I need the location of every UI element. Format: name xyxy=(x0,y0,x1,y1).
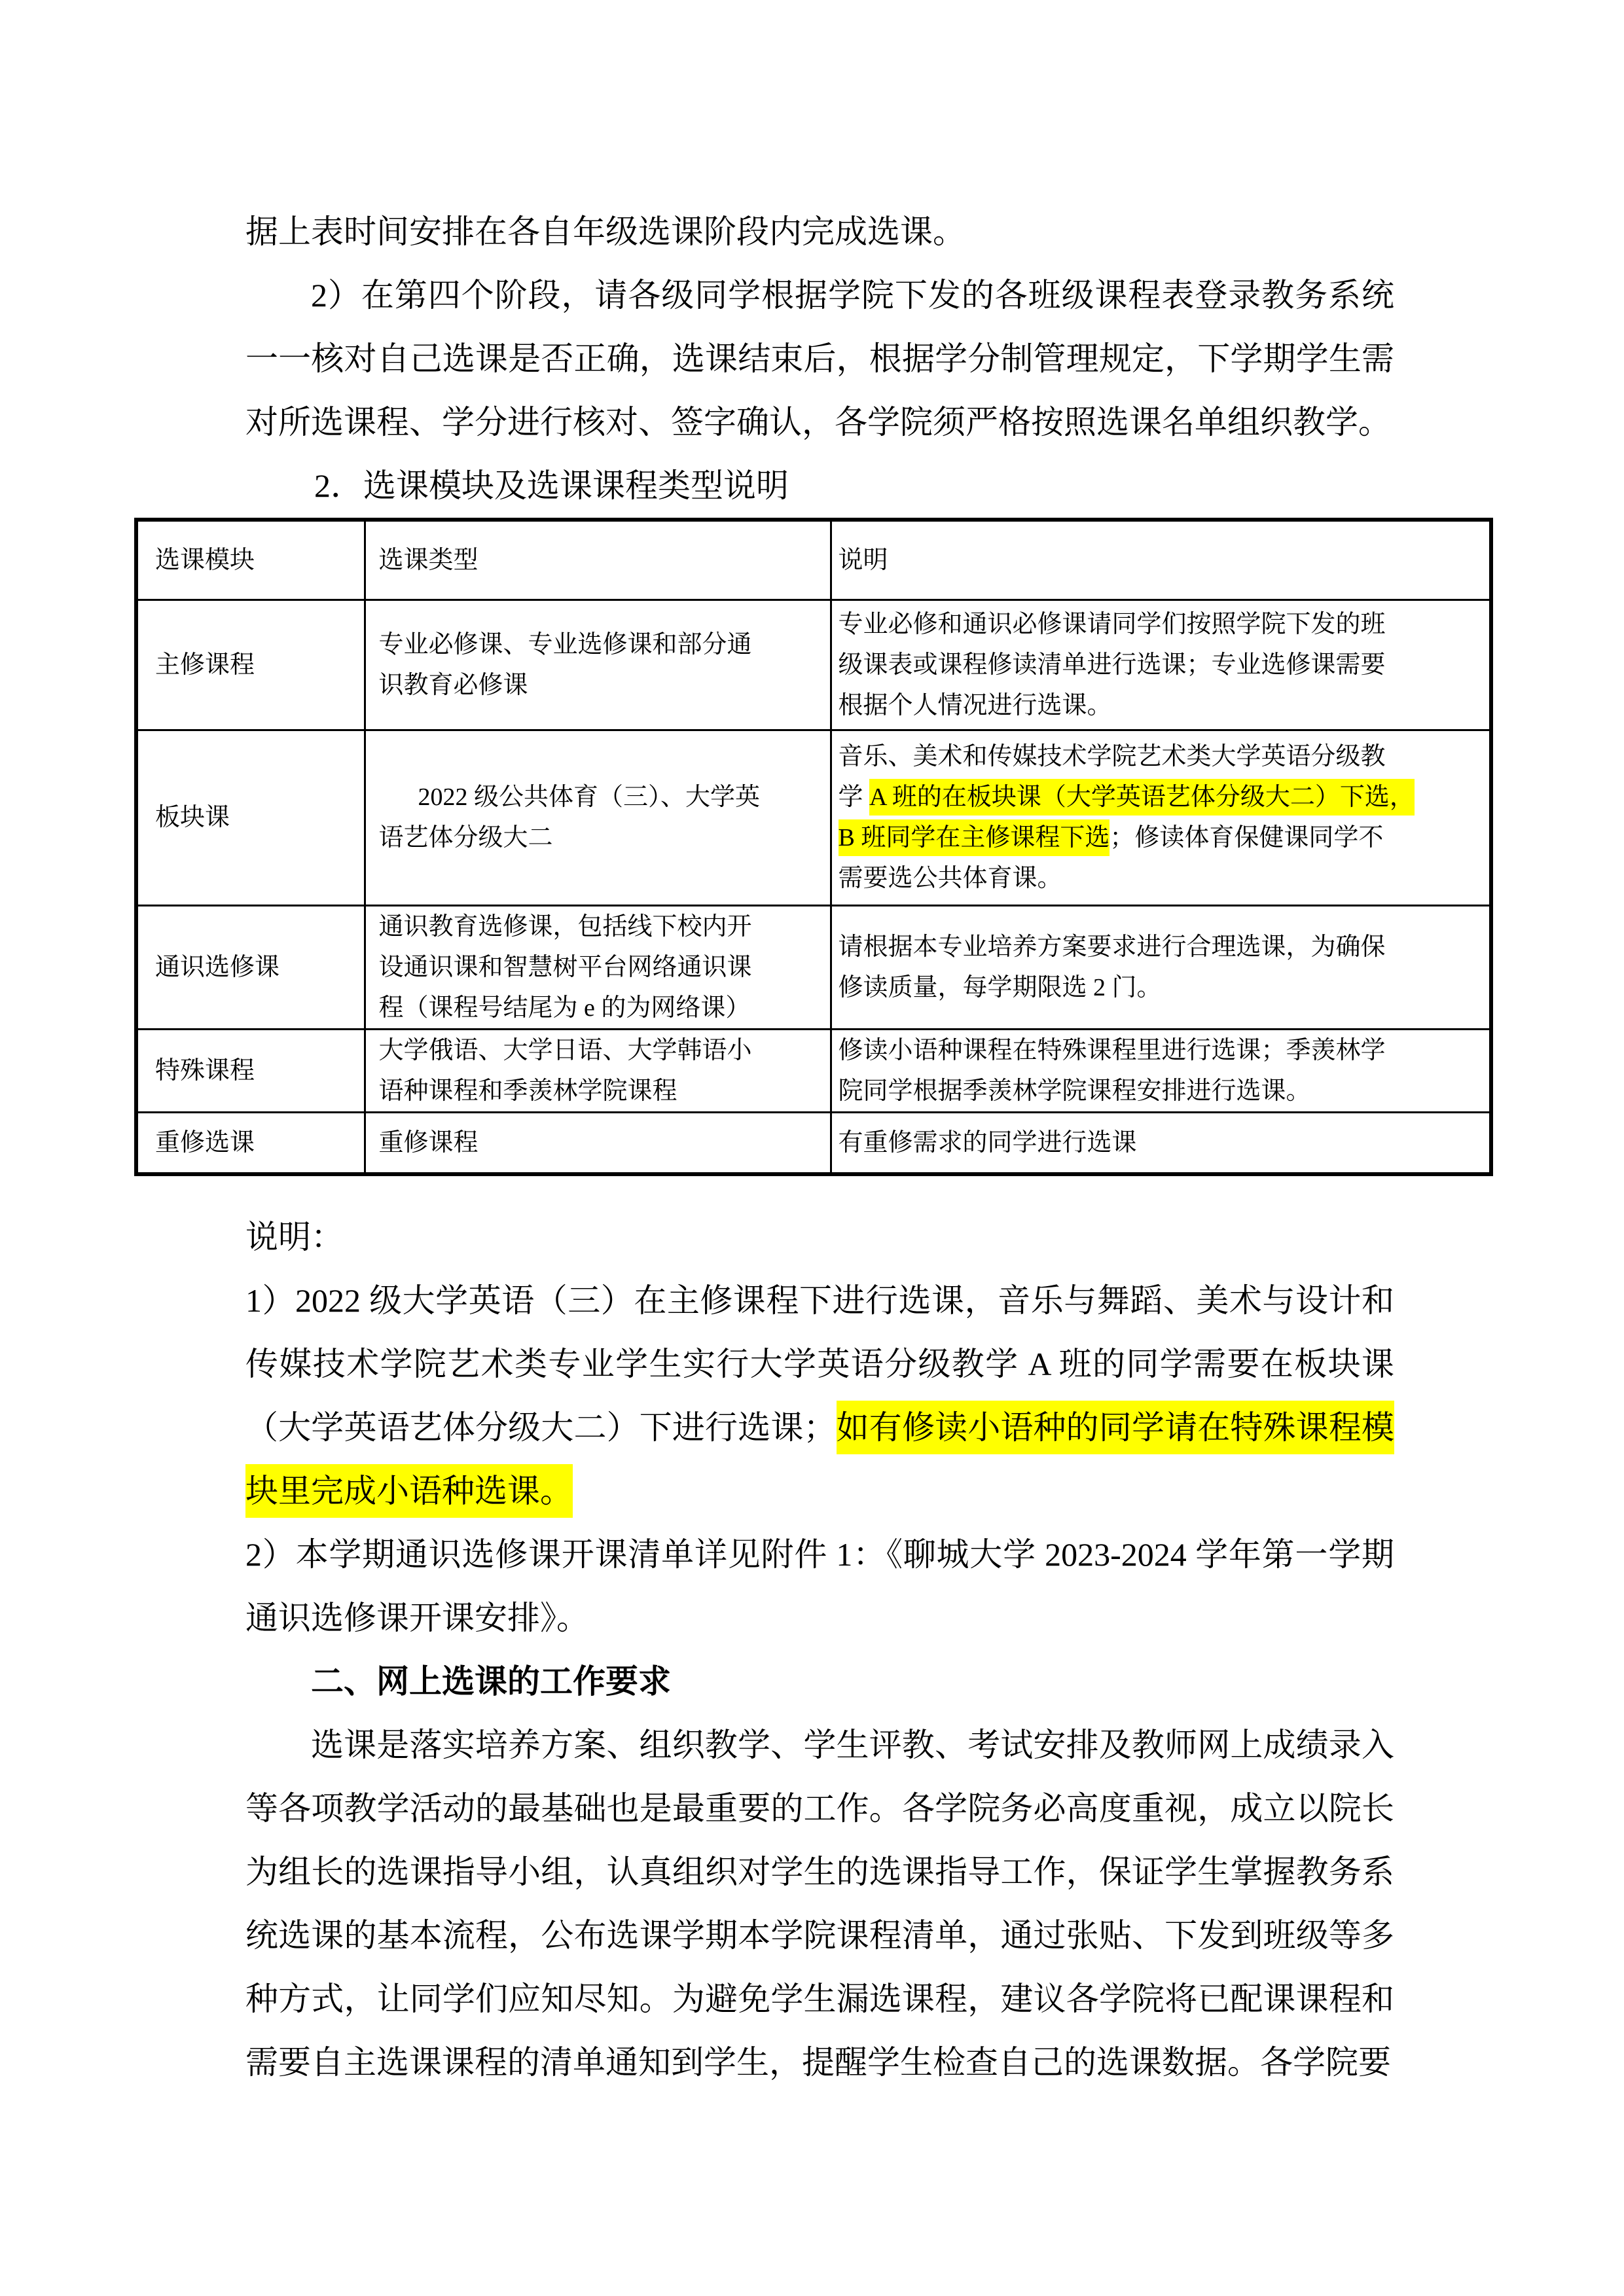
paragraph: 说明： xyxy=(245,1206,1394,1269)
cell-text: 专业必修和通识必修课请同学们按照学院下发的班级课表或课程修读清单进行选课；专业选… xyxy=(839,604,1485,726)
text-run: 请根据本专业培养方案要求进行合理选课，为确保 xyxy=(839,933,1386,961)
course-type-cell: 专业必修课、专业选修课和部分通识教育必修课 xyxy=(365,600,831,730)
table-row: 主修课程专业必修课、专业选修课和部分通识教育必修课专业必修和通识必修课请同学们按… xyxy=(136,600,1491,730)
text-run: 2．选课模块及选课课程类型说明 xyxy=(314,467,789,504)
course-type-cell: 重修课程 xyxy=(365,1112,831,1174)
cell-text: 修读小语种课程在特殊课程里进行选课；季羡林学院同学根据季羡林学院课程安排进行选课… xyxy=(839,1030,1485,1111)
paragraph: 据上表时间安排在各自年级选课阶段内完成选课。 xyxy=(245,200,1394,264)
course-type-cell: 大学俄语、大学日语、大学韩语小语种课程和季羡林学院课程 xyxy=(365,1029,831,1112)
text-run: 级课表或课程修读清单进行选课；专业选修课需要 xyxy=(839,651,1386,679)
paragraph: 2）本学期通识选修课开课清单详见附件 1：《聊城大学 2023-2024 学年第… xyxy=(245,1523,1394,1650)
cell-text: 音乐、美术和传媒技术学院艺术类大学英语分级教学 A 班的在板块课（大学英语艺体分… xyxy=(839,736,1485,899)
column-header-module: 选课模块 xyxy=(136,520,365,600)
description-cell: 有重修需求的同学进行选课 xyxy=(831,1112,1491,1174)
text-run: 二、网上选课的工作要求 xyxy=(311,1663,671,1700)
text-run: 程（课程号结尾为 e 的为网络课） xyxy=(379,994,751,1022)
description-cell: 音乐、美术和传媒技术学院艺术类大学英语分级教学 A 班的在板块课（大学英语艺体分… xyxy=(831,730,1491,905)
description-cell: 专业必修和通识必修课请同学们按照学院下发的班级课表或课程修读清单进行选课；专业选… xyxy=(831,600,1491,730)
module-cell: 通识选修课 xyxy=(136,905,365,1029)
cell-text: 通识教育选修课，包括线下校内开设通识课和智慧树平台网络通识课程（课程号结尾为 e… xyxy=(379,906,823,1028)
text-run: 识教育必修课 xyxy=(379,672,528,699)
text-run: 2022 级公共体育（三）、大学英 xyxy=(418,783,761,811)
cell-text: 专业必修课、专业选修课和部分通识教育必修课 xyxy=(379,624,823,706)
text-run: ；修读体育保健课同学不 xyxy=(1110,824,1383,852)
cell-text: 2022 级公共体育（三）、大学英语艺体分级大二 xyxy=(379,777,823,858)
column-header-course-type: 选课类型 xyxy=(365,520,831,600)
description-cell: 请根据本专业培养方案要求进行合理选课，为确保修读质量，每学期限选 2 门。 xyxy=(831,905,1491,1029)
text-run: 根据个人情况进行选课。 xyxy=(839,692,1112,719)
text-run: 设通识课和智慧树平台网络通识课 xyxy=(379,954,752,981)
description-cell: 修读小语种课程在特殊课程里进行选课；季羡林学院同学根据季羡林学院课程安排进行选课… xyxy=(831,1029,1491,1112)
text-run: 修读质量，每学期限选 2 门。 xyxy=(839,974,1162,1001)
section-heading: 2．选课模块及选课课程类型说明 xyxy=(245,454,1394,518)
paragraph: 1）2022 级大学英语（三）在主修课程下进行选课，音乐与舞蹈、美术与设计和传媒… xyxy=(245,1269,1394,1523)
cell-text: 有重修需求的同学进行选课 xyxy=(839,1122,1485,1163)
table-row: 特殊课程大学俄语、大学日语、大学韩语小语种课程和季羡林学院课程修读小语种课程在特… xyxy=(136,1029,1491,1112)
course-module-table: 选课模块 选课类型 说明 主修课程专业必修课、专业选修课和部分通识教育必修课专业… xyxy=(134,518,1493,1176)
text-run: 选课是落实培养方案、组织教学、学生评教、考试安排及教师网上成绩录入等各项教学活动… xyxy=(245,1727,1394,2081)
text-run: 修读小语种课程在特殊课程里进行选课；季羡林学 xyxy=(839,1037,1386,1064)
table-row: 重修选课重修课程有重修需求的同学进行选课 xyxy=(136,1112,1491,1174)
section-heading: 二、网上选课的工作要求 xyxy=(245,1650,1394,1713)
text-run: 2）本学期通识选修课开课清单详见附件 1：《聊城大学 2023-2024 学年第… xyxy=(245,1536,1394,1636)
table-row: 通识选修课通识教育选修课，包括线下校内开设通识课和智慧树平台网络通识课程（课程号… xyxy=(136,905,1491,1029)
highlight: A 班的在板块课（大学英语艺体分级大二）下选， xyxy=(869,779,1415,816)
cell-text: 重修课程 xyxy=(379,1122,823,1163)
module-label: 板块课 xyxy=(155,804,230,831)
module-cell: 主修课程 xyxy=(136,600,365,730)
text-run: 院同学根据季羡林学院课程安排进行选课。 xyxy=(839,1077,1311,1105)
text-run: 需要选公共体育课。 xyxy=(839,865,1062,892)
column-header-description: 说明 xyxy=(831,520,1491,600)
text-run: 语艺体分级大二 xyxy=(379,824,553,852)
module-cell: 重修选课 xyxy=(136,1112,365,1174)
notes-section: 说明：1）2022 级大学英语（三）在主修课程下进行选课，音乐与舞蹈、美术与设计… xyxy=(245,1206,1394,2094)
intro-section: 据上表时间安排在各自年级选课阶段内完成选课。2）在第四个阶段，请各级同学根据学院… xyxy=(245,200,1394,518)
document-content: 据上表时间安排在各自年级选课阶段内完成选课。2）在第四个阶段，请各级同学根据学院… xyxy=(0,0,1624,2094)
text-run: 专业必修课、专业选修课和部分通 xyxy=(379,631,752,658)
text-run: 音乐、美术和传媒技术学院艺术类大学英语分级教 xyxy=(839,743,1386,770)
text-run: 专业必修和通识必修课请同学们按照学院下发的班 xyxy=(839,611,1386,638)
module-cell: 特殊课程 xyxy=(136,1029,365,1112)
cell-text: 大学俄语、大学日语、大学韩语小语种课程和季羡林学院课程 xyxy=(379,1030,823,1111)
module-label: 主修课程 xyxy=(155,651,255,679)
text-run: 大学俄语、大学日语、大学韩语小 xyxy=(379,1037,752,1064)
text-run: 有重修需求的同学进行选课 xyxy=(839,1129,1137,1157)
highlight: B 班同学在主修课程下选 xyxy=(839,819,1110,856)
text-run: 说明： xyxy=(245,1219,344,1255)
module-cell: 板块课 xyxy=(136,730,365,905)
text-run: 学 xyxy=(839,783,870,811)
course-type-cell: 2022 级公共体育（三）、大学英语艺体分级大二 xyxy=(365,730,831,905)
cell-text: 请根据本专业培养方案要求进行合理选课，为确保修读质量，每学期限选 2 门。 xyxy=(839,927,1485,1008)
module-label: 特殊课程 xyxy=(155,1057,255,1085)
table-header-row: 选课模块 选课类型 说明 xyxy=(136,520,1491,600)
table-row: 板块课2022 级公共体育（三）、大学英语艺体分级大二音乐、美术和传媒技术学院艺… xyxy=(136,730,1491,905)
text-run: 据上表时间安排在各自年级选课阶段内完成选课。 xyxy=(245,213,965,250)
module-label: 通识选修课 xyxy=(155,954,280,981)
document-page: 据上表时间安排在各自年级选课阶段内完成选课。2）在第四个阶段，请各级同学根据学院… xyxy=(0,0,1624,2296)
text-run: 2）在第四个阶段，请各级同学根据学院下发的各班级课程表登录教务系统一一核对自己选… xyxy=(245,277,1394,440)
text-run: 语种课程和季羡林学院课程 xyxy=(379,1077,677,1105)
text-run: 通识教育选修课，包括线下校内开 xyxy=(379,913,752,941)
module-label: 重修选课 xyxy=(155,1129,255,1157)
paragraph: 2）在第四个阶段，请各级同学根据学院下发的各班级课程表登录教务系统一一核对自己选… xyxy=(245,264,1394,454)
paragraph: 选课是落实培养方案、组织教学、学生评教、考试安排及教师网上成绩录入等各项教学活动… xyxy=(245,1713,1394,2094)
text-run: 重修课程 xyxy=(379,1129,478,1157)
course-type-cell: 通识教育选修课，包括线下校内开设通识课和智慧树平台网络通识课程（课程号结尾为 e… xyxy=(365,905,831,1029)
